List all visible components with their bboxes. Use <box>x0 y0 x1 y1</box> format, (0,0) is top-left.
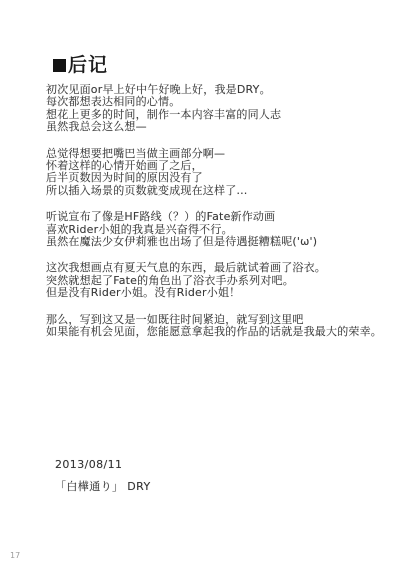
paragraph: 这次我想画点有夏天气息的东西，最后就试着画了浴衣。 突然就想起了Fate的角色出… <box>46 262 386 299</box>
text-line: 虽然我总会这么想— <box>46 121 386 133</box>
afterword-title-text: 后记 <box>68 54 108 76</box>
text-line: 这次我想画点有夏天气息的东西，最后就试着画了浴衣。 <box>46 262 386 274</box>
afterword-title: 后记 <box>53 50 108 77</box>
afterword-body: 初次见面or早上好中午好晚上好，我是DRY。 每次都想表达相同的心情。 想花上更… <box>46 84 386 353</box>
text-line: 所以插入场景的页数就变成现在这样了… <box>46 185 386 197</box>
circle-signature: 「白樺通り」 DRY <box>55 478 151 494</box>
square-bullet-icon <box>53 59 66 72</box>
text-line: 如果能有机会见面，您能愿意拿起我的作品的话就是我最大的荣幸。 <box>46 326 386 338</box>
paragraph: 初次见面or早上好中午好晚上好，我是DRY。 每次都想表达相同的心情。 想花上更… <box>46 84 386 134</box>
text-line: 每次都想表达相同的心情。 <box>46 96 386 108</box>
text-line: 虽然在魔法少女伊莉雅也出场了但是待遇挺糟糕呢('ω') <box>46 236 386 248</box>
afterword-page: 后记 初次见面or早上好中午好晚上好，我是DRY。 每次都想表达相同的心情。 想… <box>0 0 400 572</box>
text-line: 听说宣布了像是HF路线（？）的Fate新作动画 <box>46 211 386 223</box>
paragraph: 总觉得想要把嘴巴当做主画部分啊— 怀着这样的心情开始画了之后， 后半页数因为时间… <box>46 148 386 198</box>
paragraph: 那么，写到这又是一如既往时间紧迫，就写到这里吧 如果能有机会见面，您能愿意拿起我… <box>46 314 386 339</box>
paragraph: 听说宣布了像是HF路线（？）的Fate新作动画 喜欢Rider小姐的我真是兴奋得… <box>46 211 386 248</box>
date: 2013/08/11 <box>55 458 151 471</box>
afterword-footer: 2013/08/11 「白樺通り」 DRY <box>55 458 151 494</box>
text-line: 后半页数因为时间的原因没有了 <box>46 172 386 184</box>
text-line: 但是没有Rider小姐。没有Rider小姐！ <box>46 287 386 299</box>
page-number: 17 <box>10 551 20 560</box>
